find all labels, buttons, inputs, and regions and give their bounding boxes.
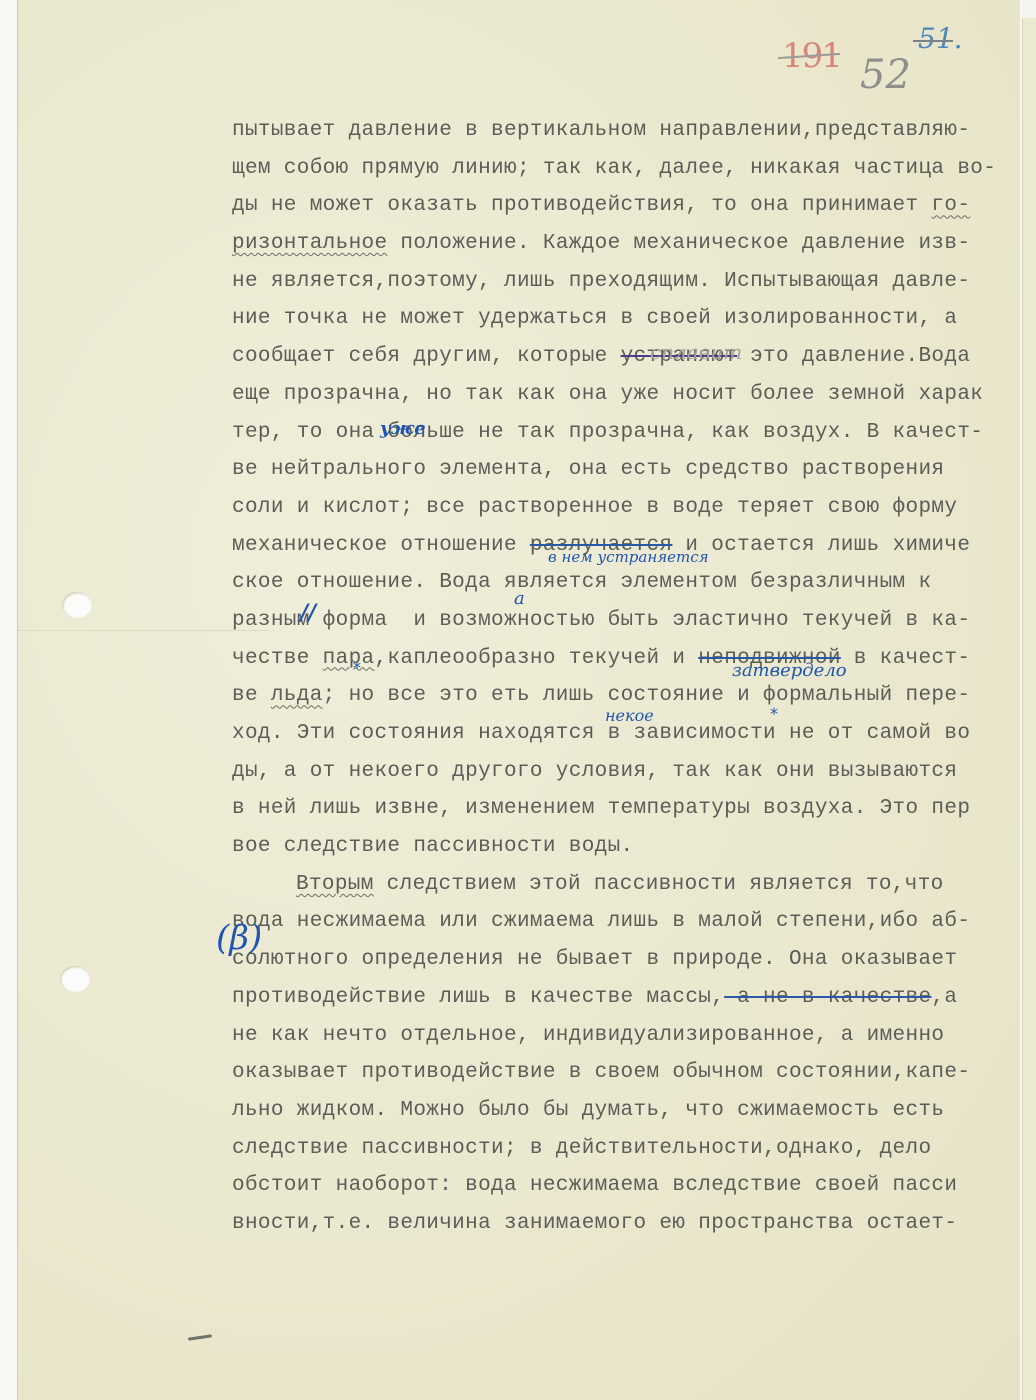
text-segment: положение. Каждое механическое давление …	[387, 232, 970, 255]
underlined-word: пара	[323, 647, 375, 670]
ink-annotation: в нем устраняется	[548, 548, 709, 566]
text-line: ризонтальное положение. Каждое механичес…	[232, 225, 1032, 263]
text-line: Вторым следствием этой пассивности являе…	[232, 866, 1032, 904]
text-line: ние точка не может удержаться в своей из…	[232, 300, 1032, 338]
typed-text-body: пытывает давление в вертикальном направл…	[232, 112, 1032, 1243]
text-line: обстоит наоборот: вода несжимаема вследс…	[232, 1167, 1032, 1205]
punch-hole-icon	[62, 592, 92, 618]
text-line: в ней лишь извне, изменением температуры…	[232, 790, 1032, 828]
folio-number-blue: 51.	[918, 22, 963, 55]
paper-fold-line	[18, 630, 268, 631]
folio-strike-line	[913, 40, 953, 42]
text-line: соли и кислот; все растворенное в воде т…	[232, 489, 1032, 527]
text-line: разным форма и возможностью быть эластич…	[232, 602, 1032, 640]
text-line: не является,поэтому, лишь преходящим. Ис…	[232, 263, 1032, 301]
text-line: солютного определения не бывает в природ…	[232, 941, 1032, 979]
underlined-word: ризонтальное	[232, 232, 387, 255]
text-line: ве нейтрального элемента, она есть средс…	[232, 451, 1032, 489]
text-line: льно жидком. Можно было бы думать, что с…	[232, 1092, 1032, 1130]
insert-mark-icon: *	[353, 658, 361, 677]
text-segment: противодействие лишь в качестве массы,	[232, 986, 724, 1009]
insert-mark-icon: *	[770, 704, 778, 723]
text-line: пытывает давление в вертикальном направл…	[232, 112, 1032, 150]
text-line: следствие пассивности; в действительност…	[232, 1130, 1032, 1168]
text-line: тер, то она больше не так прозрачна, как…	[232, 414, 1032, 452]
text-line: ды не может оказать противодействия, то …	[232, 187, 1032, 225]
ink-annotation: уже	[380, 418, 426, 439]
text-line: не как нечто отдельное, индивидуализиров…	[232, 1017, 1032, 1055]
underlined-word: го-	[931, 194, 970, 217]
text-segment: ,каплеообразно текучей и	[374, 647, 698, 670]
text-line: сообщает себя другим, которые устраняют …	[232, 338, 1032, 376]
text-line: ды, а от некоего другого условия, так ка…	[232, 753, 1032, 791]
text-segment: следствием этой пассивности является то,…	[374, 873, 944, 896]
ink-annotation: а	[514, 588, 525, 609]
punch-hole-icon	[60, 966, 90, 992]
section-marker: (β)	[216, 918, 262, 958]
text-line: еще прозрачна, но так как она уже носит …	[232, 376, 1032, 414]
text-line: вода несжимаема или сжимаема лишь в мало…	[232, 903, 1032, 941]
struck-word: а не в качестве	[724, 986, 931, 1009]
text-segment: ды не может оказать противодействия, то …	[232, 194, 931, 217]
ink-annotation: //	[300, 600, 316, 626]
text-line: честве пара,каплеообразно текучей и непо…	[232, 640, 1032, 678]
text-segment: и остается лишь химиче	[672, 534, 970, 557]
pencil-annotation: сплавит	[650, 340, 742, 364]
text-line: вое следствие пассивности воды.	[232, 828, 1032, 866]
text-line: оказывает противодействие в своем обычно…	[232, 1054, 1032, 1092]
text-segment: сообщает себя другим, которые	[232, 345, 621, 368]
scan-left-border	[0, 0, 18, 1400]
text-line: щем собою прямую линию; так как, далее, …	[232, 150, 1032, 188]
text-segment: честве	[232, 647, 323, 670]
text-line: ское отношение. Вода является элементом …	[232, 564, 1032, 602]
text-segment: в качест-	[841, 647, 971, 670]
folio-number-pencil: 52	[860, 52, 911, 98]
ink-annotation: некое	[605, 706, 654, 725]
text-segment: это давление.Вода	[737, 345, 970, 368]
text-segment: ,а	[931, 986, 957, 1009]
text-segment: ; но все это еть лишь состояние и формал…	[323, 684, 971, 707]
underlined-word: льда	[271, 684, 323, 707]
ink-annotation: затвердело	[732, 660, 847, 681]
text-segment: ве	[232, 684, 271, 707]
text-line: противодействие лишь в качестве массы, а…	[232, 979, 1032, 1017]
text-segment: механическое отношение	[232, 534, 530, 557]
text-line: вности,т.е. величина занимаемого ею прос…	[232, 1205, 1032, 1243]
underlined-word: Вторым	[296, 873, 374, 896]
